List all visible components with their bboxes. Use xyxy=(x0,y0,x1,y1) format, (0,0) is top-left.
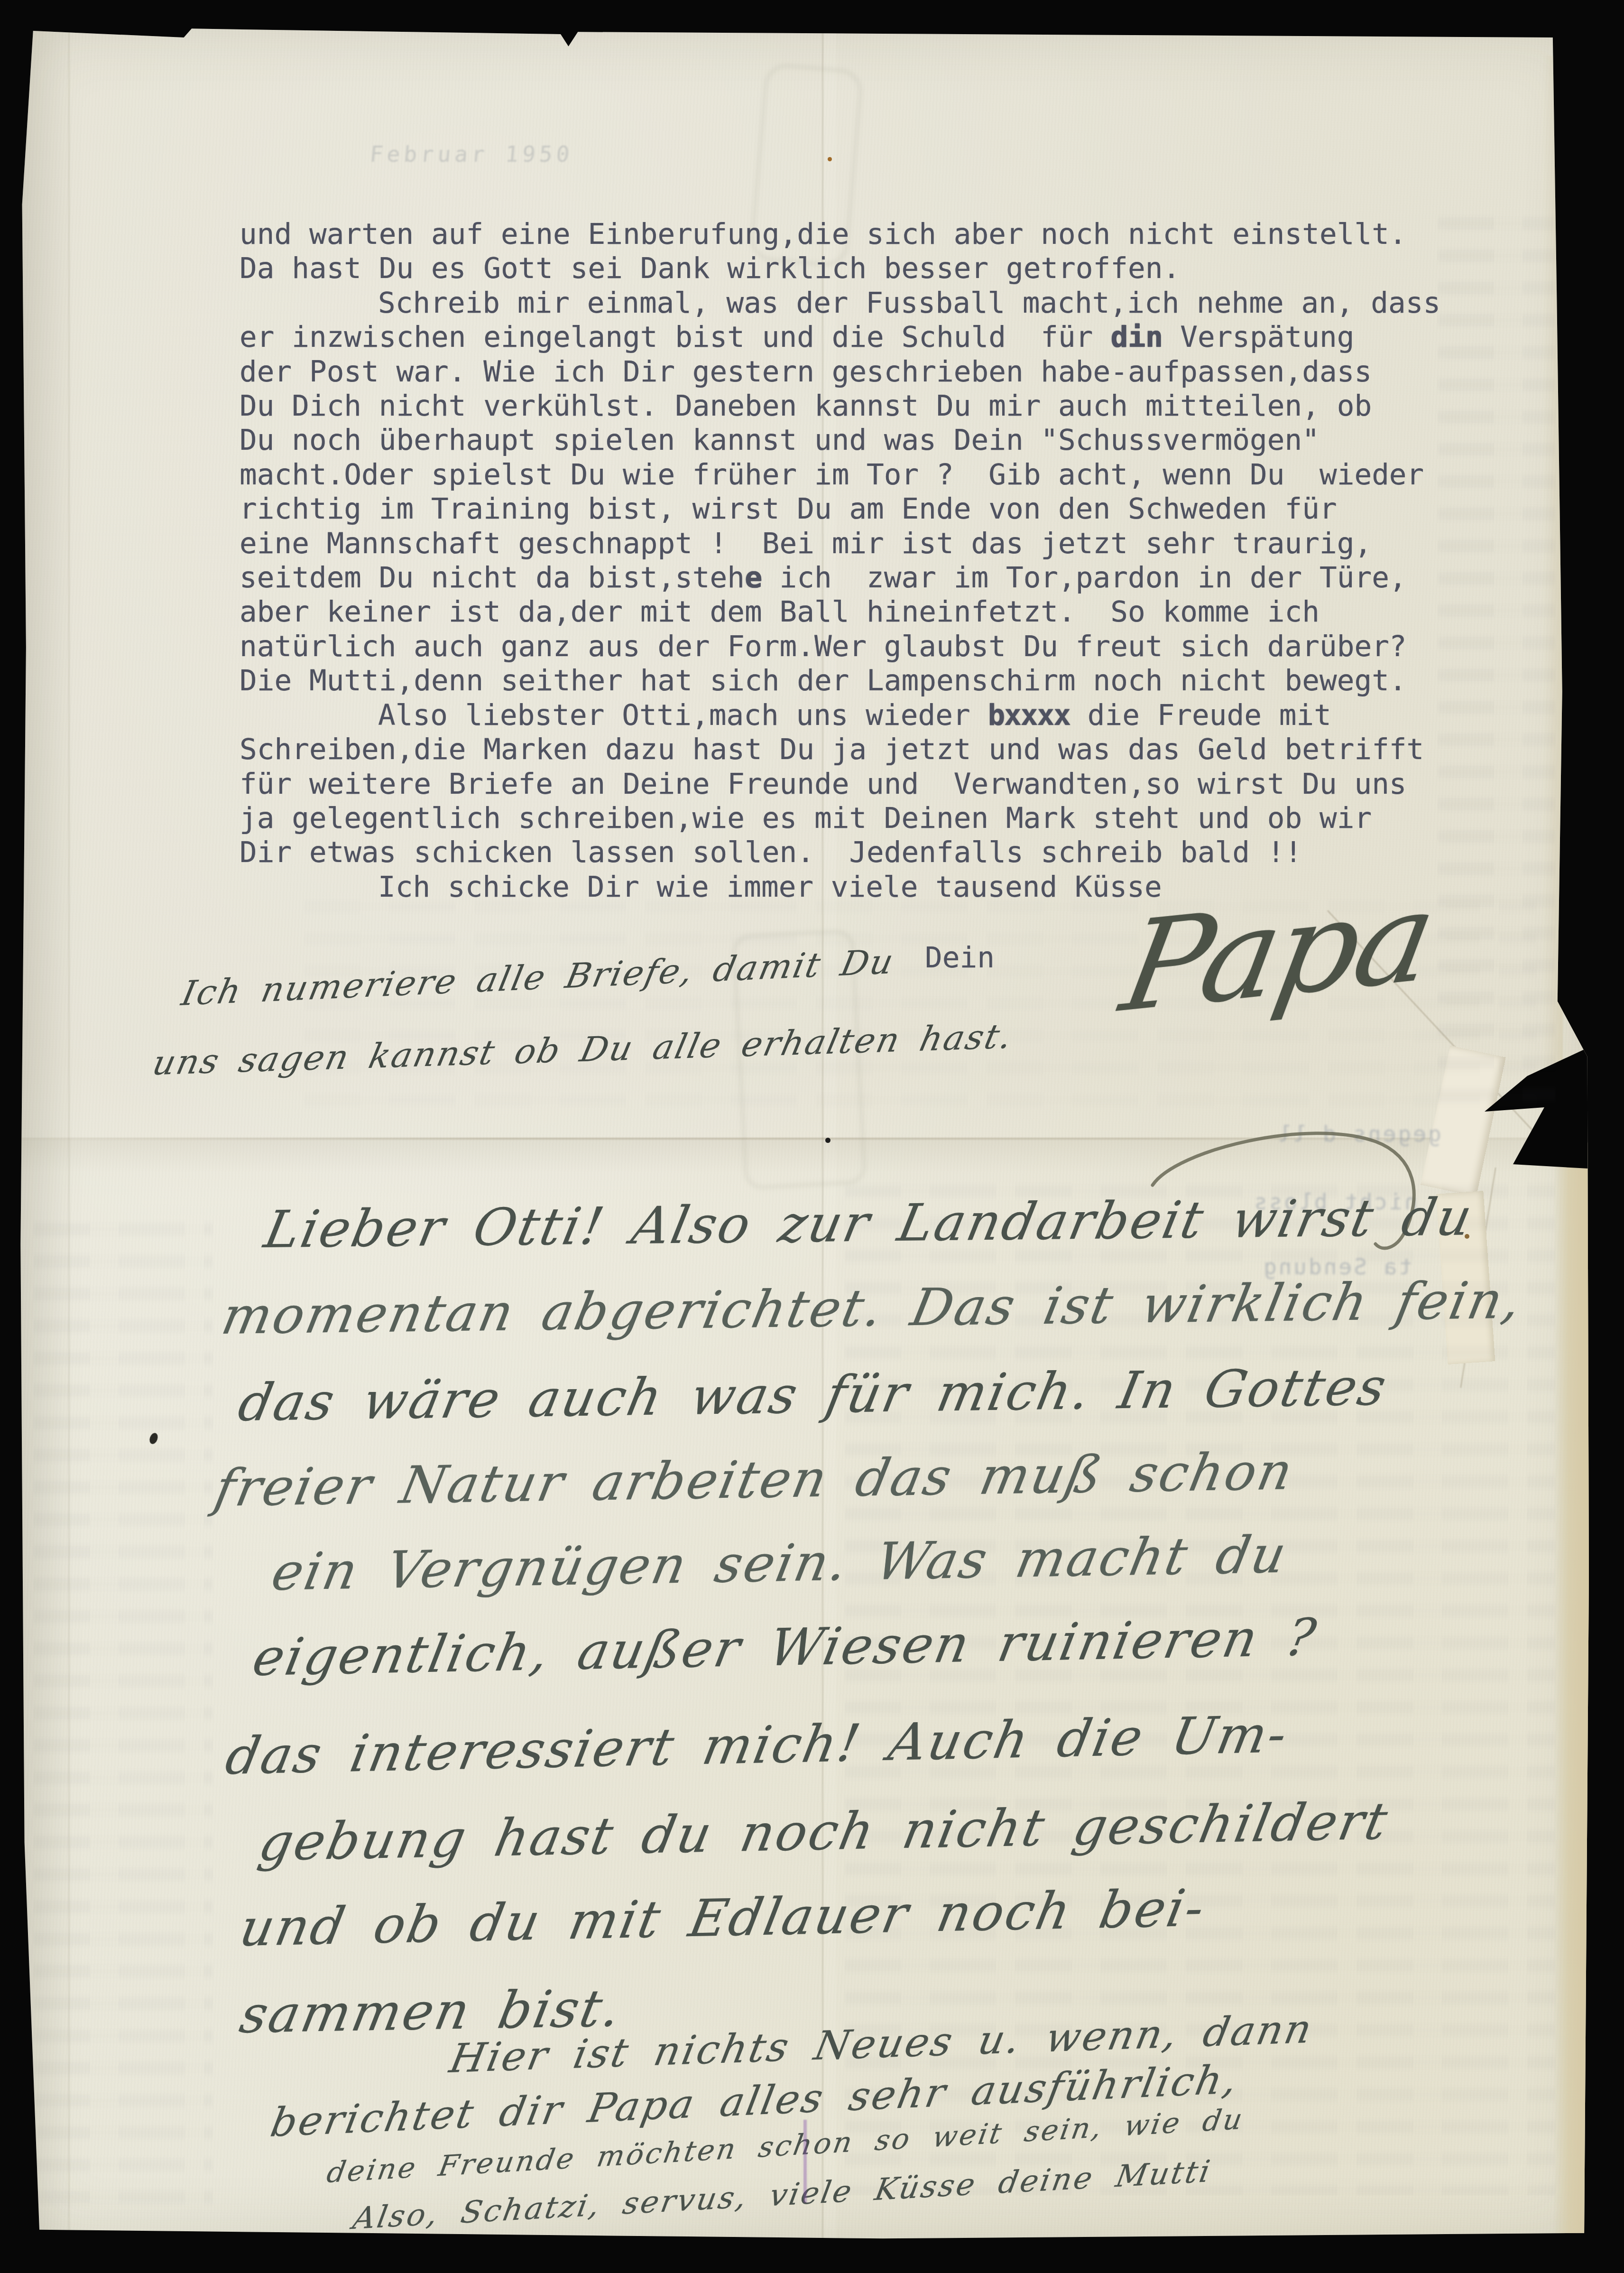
ghost-date-bleed: Februar 1950 xyxy=(369,141,574,167)
letter-page: gegens d llnicht blossta Sendung Februar… xyxy=(19,28,1589,2241)
rust-speck xyxy=(828,157,832,161)
overstruck-text: din xyxy=(1110,320,1163,354)
typed-line: richtig im Training bist, wirst Du am En… xyxy=(240,492,1440,526)
handwritten-line: freier Natur arbeiten das muß schon xyxy=(210,1442,1299,1518)
right-edge-yellowing-lower xyxy=(1553,1142,1591,2241)
right-edge-yellowing-upper xyxy=(1544,56,1563,1142)
typed-line: aber keiner ist da,der mit dem Ball hine… xyxy=(240,595,1440,629)
typed-line: Du Dich nicht verkühlst. Daneben kannst … xyxy=(240,389,1440,423)
scan-background: { "scan": { "ghost_header": "Februar 195… xyxy=(0,0,1624,2273)
handwritten-line: das interessiert mich! Auch die Um- xyxy=(221,1705,1293,1786)
typed-letter-body: und warten auf eine Einberufung,die sich… xyxy=(240,217,1440,904)
typed-line: der Post war. Wie ich Dir gestern geschr… xyxy=(240,355,1440,389)
typed-line: seitdem Du nicht da bist,stehe ich zwar … xyxy=(240,561,1440,595)
typed-line: macht.Oder spielst Du wie früher im Tor … xyxy=(240,458,1440,492)
handwritten-line: ein Vergnügen sein. Was macht du xyxy=(267,1525,1292,1602)
typed-line: Da hast Du es Gott sei Dank wirklich bes… xyxy=(240,251,1440,286)
left-fold-crease xyxy=(68,28,70,2241)
handwritten-line: gebung hast du noch nicht geschildert xyxy=(254,1792,1394,1873)
typed-line: für weitere Briefe an Deine Freunde und … xyxy=(240,767,1440,801)
typed-line: Die Mutti,denn seither hat sich der Lamp… xyxy=(240,664,1440,698)
typed-line: natürlich auch ganz aus der Form.Wer gla… xyxy=(240,630,1440,664)
typed-closing: Dein xyxy=(925,941,995,974)
typed-line: Also liebster Otti,mach uns wieder bxxxx… xyxy=(240,698,1440,733)
handwritten-line: und ob du mit Edlauer noch bei- xyxy=(235,1879,1211,1958)
handwritten-line: momentan abgerichtet. Das ist wirklich f… xyxy=(217,1271,1527,1346)
typed-line: Schreiben,die Marken dazu hast Du ja jet… xyxy=(240,733,1440,767)
rust-speck-2 xyxy=(1465,1234,1469,1239)
typed-line: Du noch überhaupt spielen kannst und was… xyxy=(240,423,1440,457)
typed-line: er inzwischen eingelangt bist und die Sc… xyxy=(240,320,1440,354)
handwritten-line: das wäre auch was für mich. In Gottes xyxy=(234,1357,1393,1433)
overstruck-text: e xyxy=(745,561,762,594)
postscript-line: uns sagen kannst ob Du alle erhalten has… xyxy=(149,1016,1017,1083)
typed-line: Dir etwas schicken lassen sollen. Jedenf… xyxy=(240,835,1440,870)
handwritten-line: eigentlich, außer Wiesen ruinieren ? xyxy=(248,1608,1322,1688)
ink-smudge xyxy=(148,1432,159,1445)
typed-line: und warten auf eine Einberufung,die sich… xyxy=(240,217,1440,251)
typed-line: ja gelegentlich schreiben,wie es mit Dei… xyxy=(240,801,1440,835)
typed-line: Schreib mir einmal, was der Fussball mac… xyxy=(240,286,1440,320)
typed-line: eine Mannschaft geschnappt ! Bei mir ist… xyxy=(240,527,1440,561)
ink-speck xyxy=(825,1138,830,1143)
bleed-through-texture xyxy=(1437,208,1556,1109)
left-edge-shading xyxy=(19,28,68,2241)
struck-out-word: bxxxx xyxy=(987,698,1070,732)
violet-pencil-streak xyxy=(803,2120,807,2203)
